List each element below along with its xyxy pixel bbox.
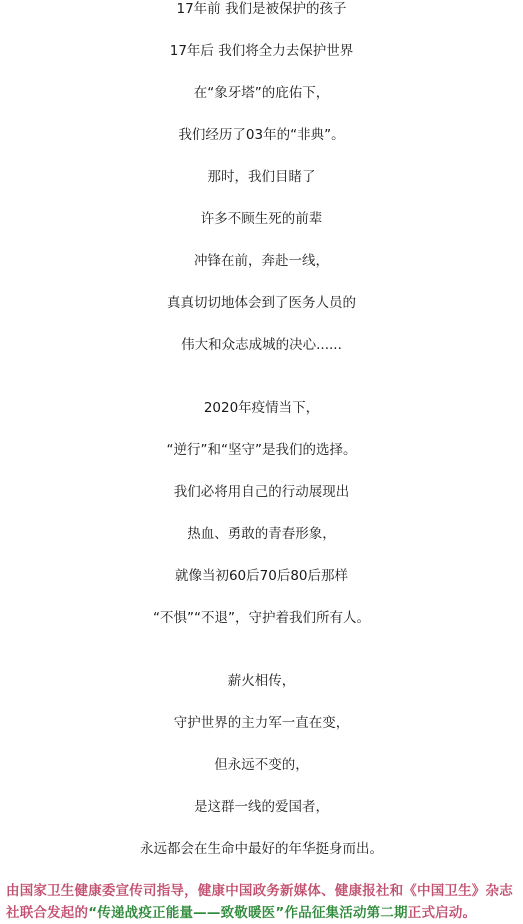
poem-line: 是这群一线的爱国者， xyxy=(0,798,523,840)
poem-line: 真真切切地体会到了医务人员的 xyxy=(0,294,523,336)
poem-line: 我们必将用自己的行动展现出 xyxy=(0,483,523,525)
poem-line: 伟大和众志成城的决心...... xyxy=(0,336,523,378)
poem-line: 永远都会在生命中最好的年华挺身而出。 xyxy=(0,840,523,882)
poem-line: “逆行”和“坚守”是我们的选择。 xyxy=(0,441,523,483)
stanza-break xyxy=(0,378,523,399)
campaign-title: “传递战疫正能量——致敬暖医”作品征集活动第二期 xyxy=(88,905,408,921)
poem-line: 17年前 我们是被保护的孩子 xyxy=(0,0,523,42)
poem-line: 但永远不变的， xyxy=(0,756,523,798)
poem-line: 17年后 我们将全力去保护世界 xyxy=(0,42,523,84)
poem-line: 冲锋在前，奔赴一线， xyxy=(0,252,523,294)
campaign-announcement: 由国家卫生健康委宣传司指导，健康中国政务新媒体、健康报社和《中国卫生》杂志社联合… xyxy=(6,880,521,924)
poem-line: 我们经历了03年的“非典”。 xyxy=(0,126,523,168)
poem-line: “不惧”“不退”，守护着我们所有人。 xyxy=(0,609,523,651)
poem-line: 守护世界的主力军一直在变， xyxy=(0,714,523,756)
poem-line: 薪火相传， xyxy=(0,672,523,714)
stanza-break xyxy=(0,651,523,672)
poem-body: 17年前 我们是被保护的孩子 17年后 我们将全力去保护世界 在“象牙塔”的庇佑… xyxy=(0,0,523,882)
poem-line: 热血、勇敢的青春形象， xyxy=(0,525,523,567)
poem-line: 许多不顾生死的前辈 xyxy=(0,210,523,252)
announcement-outro: 正式启动。 xyxy=(408,905,477,921)
poem-line: 在“象牙塔”的庇佑下， xyxy=(0,84,523,126)
poem-line: 那时，我们目睹了 xyxy=(0,168,523,210)
poem-line: 2020年疫情当下， xyxy=(0,399,523,441)
poem-line: 就像当初60后70后80后那样 xyxy=(0,567,523,609)
